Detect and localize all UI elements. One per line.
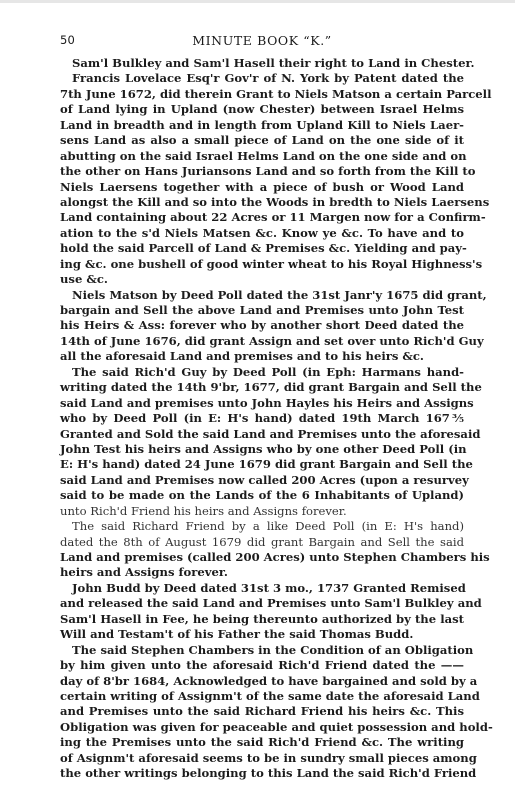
- running-title: MINUTE BOOK “K.”: [60, 33, 464, 48]
- text-line: ing &c. one bushell of good winter wheat…: [60, 257, 464, 272]
- text-line: Granted and Sold the said Land and Premi…: [60, 427, 464, 442]
- text-line: all the aforesaid Land and premises and …: [60, 349, 464, 364]
- text-line: of Asignm't aforesaid seems to be in sun…: [60, 751, 464, 766]
- text-line: and released the said Land and Premises …: [60, 596, 464, 611]
- text-line: of Land lying in Upland (now Chester) be…: [60, 102, 464, 117]
- text-line: Land containing about 22 Acres or 11 Mar…: [60, 210, 464, 225]
- text-line: abutting on the said Israel Helms Land o…: [60, 149, 464, 164]
- text-line: Sam'l Bulkley and Sam'l Hasell their rig…: [60, 56, 464, 71]
- text-line: 7th June 1672, did therein Grant to Niel…: [60, 87, 464, 102]
- text-line: the other on Hans Juriansons Land and so…: [60, 164, 464, 179]
- text-line: The said Stephen Chambers in the Conditi…: [60, 643, 464, 658]
- text-line: bargain and Sell the above Land and Prem…: [60, 303, 464, 318]
- body-text: Sam'l Bulkley and Sam'l Hasell their rig…: [60, 56, 464, 782]
- text-line: hold the said Parcell of Land & Premises…: [60, 241, 464, 256]
- text-line: certain writing of Assignm't of the same…: [60, 689, 464, 704]
- text-line: Niels Matson by Deed Poll dated the 31st…: [60, 288, 464, 303]
- text-line: and Premises unto the said Richard Frien…: [60, 704, 464, 719]
- text-line: ation to the s'd Niels Matsen &c. Know y…: [60, 226, 464, 241]
- text-line: The said Richard Friend by a like Deed P…: [60, 519, 464, 534]
- text-line: Sam'l Hasell in Fee, he being thereunto …: [60, 612, 464, 627]
- text-line: said to be made on the Lands of the 6 In…: [60, 488, 464, 503]
- text-line: the other writings belonging to this Lan…: [60, 766, 464, 781]
- text-line: 14th of June 1676, did grant Assign and …: [60, 334, 464, 349]
- text-line: by him given unto the aforesaid Rich'd F…: [60, 658, 464, 673]
- text-line: Niels Laersens together with a piece of …: [60, 180, 464, 195]
- document-page: 50 MINUTE BOOK “K.” Sam'l Bulkley and Sa…: [60, 32, 464, 782]
- top-edge-strip: [0, 0, 515, 3]
- text-line: dated the 8th of August 1679 did grant B…: [60, 535, 464, 550]
- text-line: Land in breadth and in length from Uplan…: [60, 118, 464, 133]
- text-line: John Test his heirs and Assigns who by o…: [60, 442, 464, 457]
- page-header: 50 MINUTE BOOK “K.”: [60, 32, 464, 52]
- text-line: day of 8'br 1684, Acknowledged to have b…: [60, 674, 464, 689]
- text-line: who by Deed Poll (in E: H's hand) dated …: [60, 411, 464, 426]
- text-line: E: H's hand) dated 24 June 1679 did gran…: [60, 457, 464, 472]
- text-line: The said Rich'd Guy by Deed Poll (in Eph…: [60, 365, 464, 380]
- text-line: Obligation was given for peaceable and q…: [60, 720, 464, 735]
- text-line: Land and premises (called 200 Acres) unt…: [60, 550, 464, 565]
- text-line: Will and Testam't of his Father the said…: [60, 627, 464, 642]
- text-line: sens Land as also a small piece of Land …: [60, 133, 464, 148]
- text-line: heirs and Assigns forever.: [60, 565, 464, 580]
- text-line: unto Rich'd Friend his heirs and Assigns…: [60, 504, 464, 519]
- text-line: alongst the Kill and so into the Woods i…: [60, 195, 464, 210]
- text-line: his Heirs & Ass: forever who by another …: [60, 318, 464, 333]
- text-line: Francis Lovelace Esq'r Gov'r of N. York …: [60, 71, 464, 86]
- text-line: writing dated the 14th 9'br, 1677, did g…: [60, 380, 464, 395]
- text-line: said Land and premises unto John Hayles …: [60, 396, 464, 411]
- text-line: John Budd by Deed dated 31st 3 mo., 1737…: [60, 581, 464, 596]
- text-line: ing the Premises unto the said Rich'd Fr…: [60, 735, 464, 750]
- text-line: use &c.: [60, 272, 464, 287]
- text-line: said Land and Premises now called 200 Ac…: [60, 473, 464, 488]
